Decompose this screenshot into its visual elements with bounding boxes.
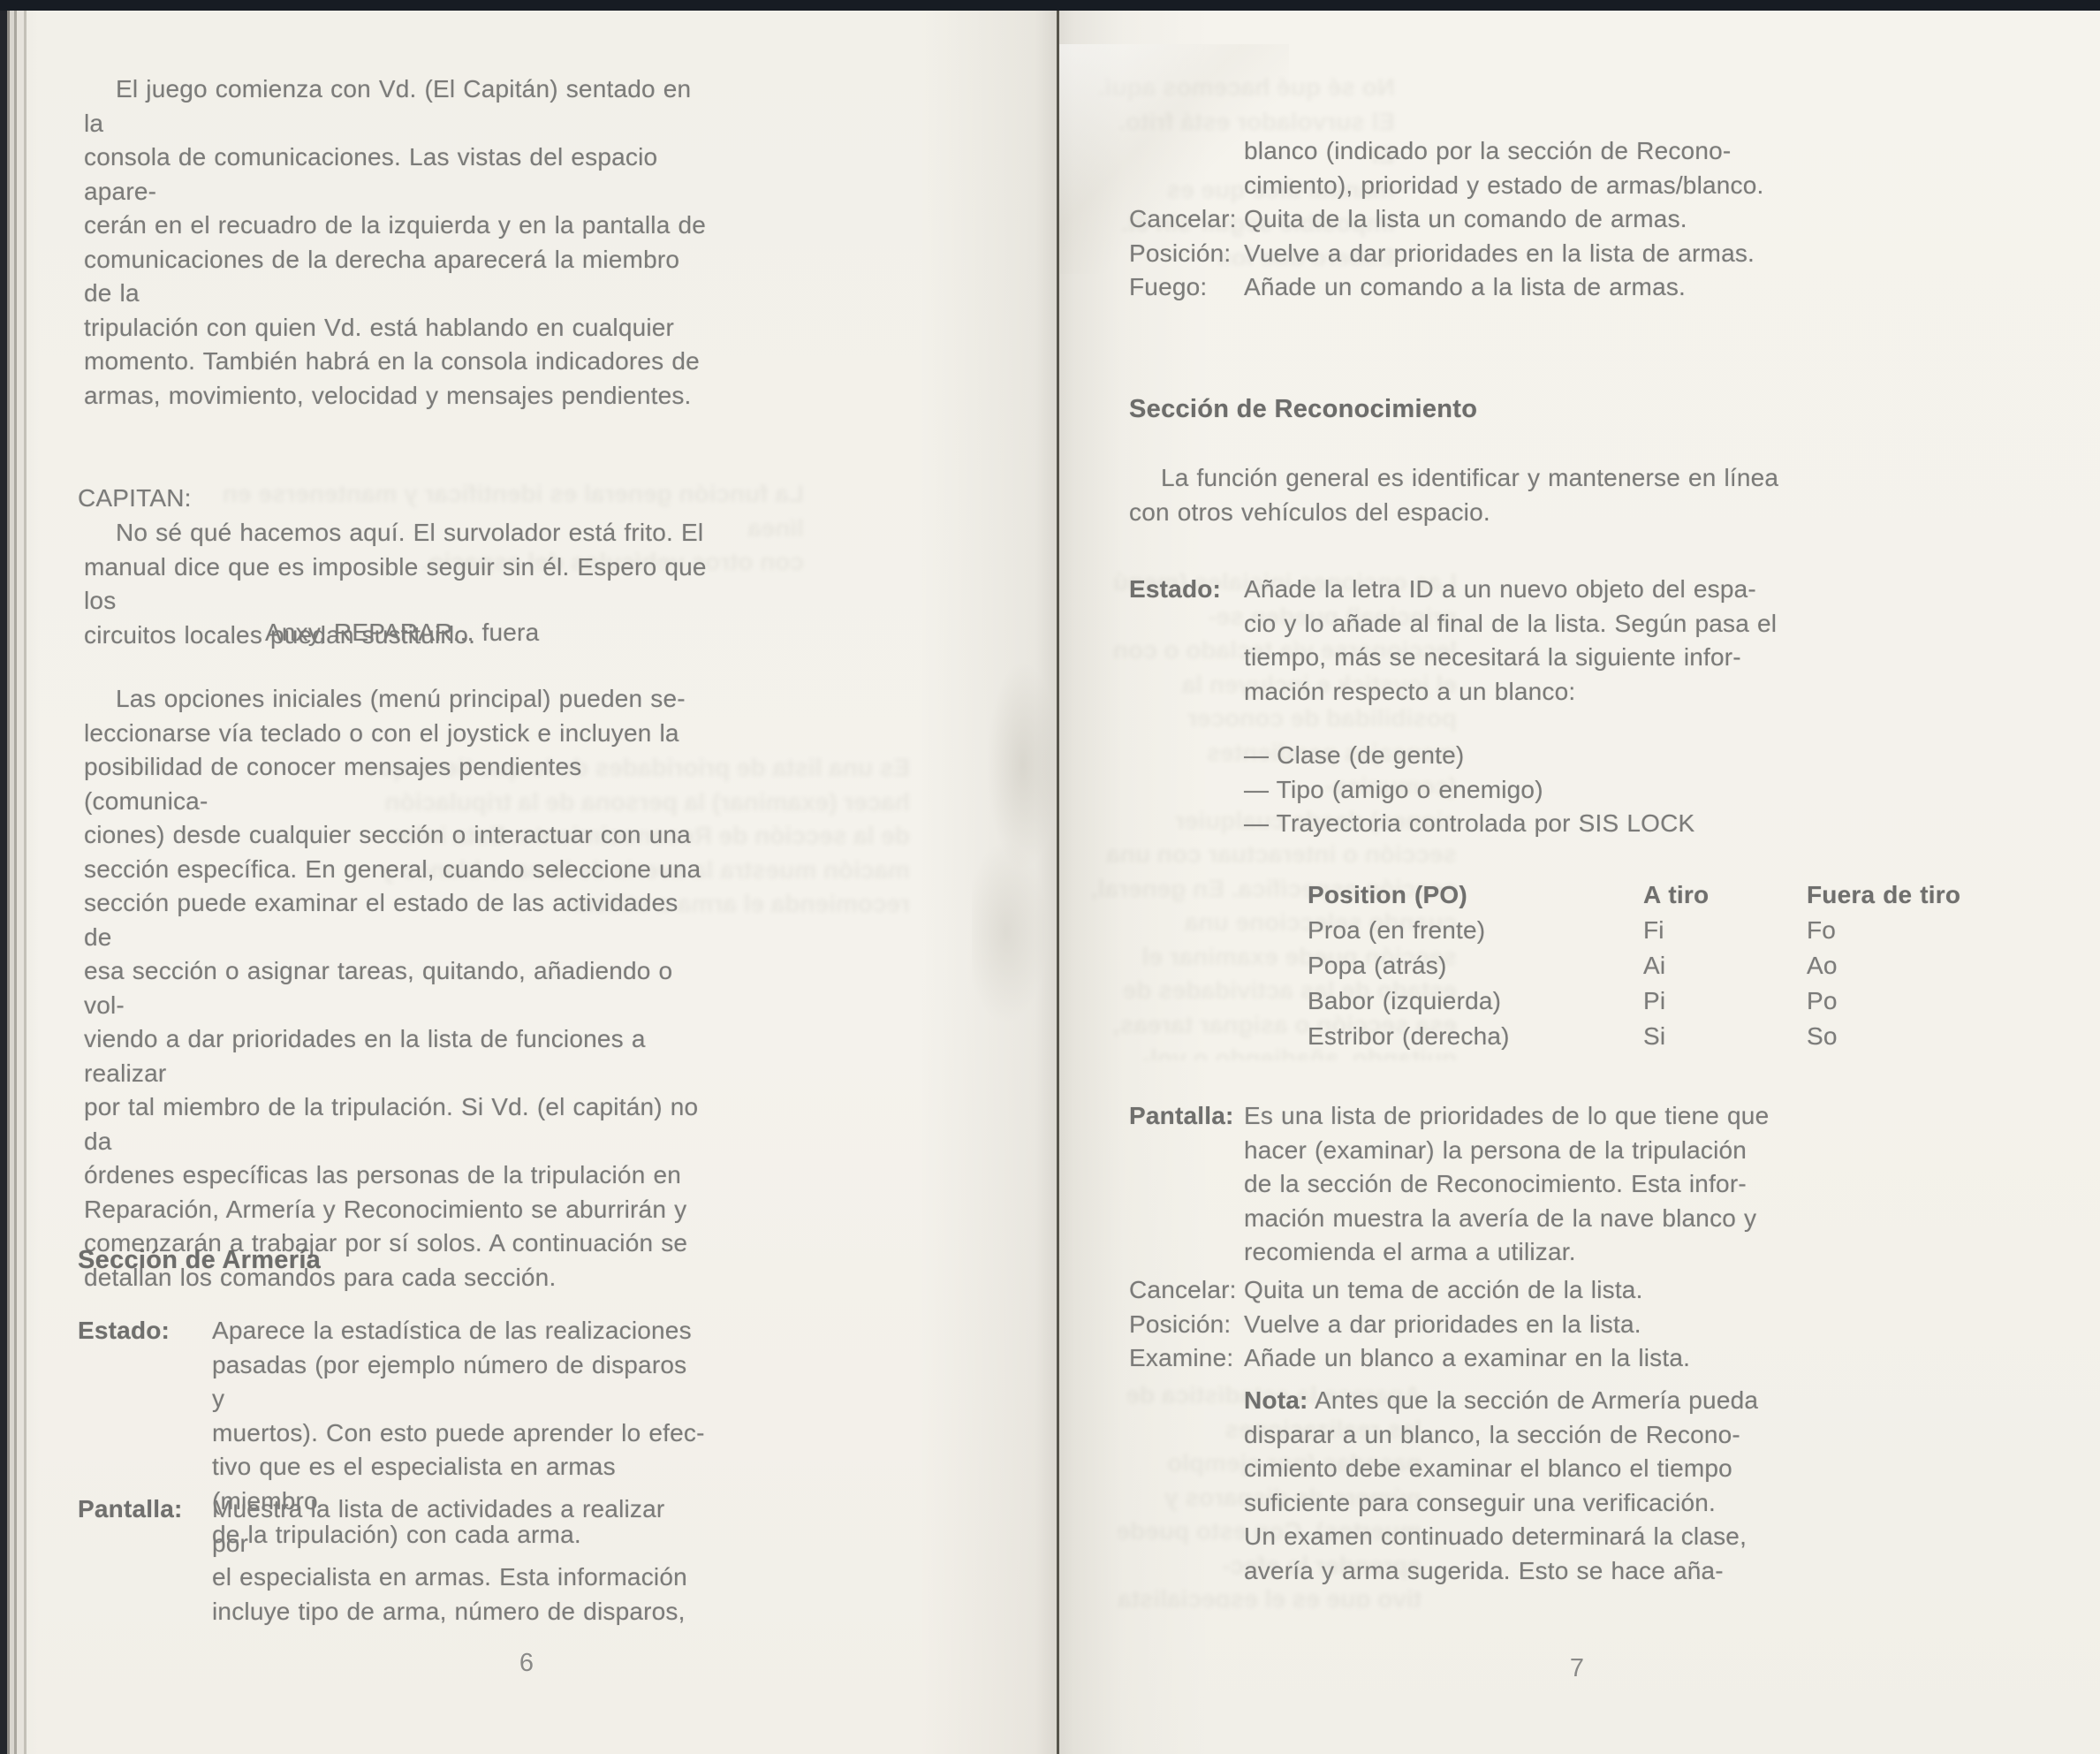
page-number-7: 7 — [1542, 1654, 1612, 1683]
nota-label: Nota: — [1244, 1386, 1308, 1414]
options-paragraph: Las opciones iniciales (menú principal) … — [84, 682, 713, 1295]
pantalla-text: Es una lista de prioridades de lo que ti… — [1244, 1099, 1801, 1270]
table-cell: Ai — [1643, 948, 1807, 983]
page-gutter-shadow — [919, 0, 1210, 1754]
estado-text: Añade la letra ID a un nuevo objeto del … — [1244, 573, 1801, 709]
cancelar-text: Quita de la lista un comando de armas. — [1244, 202, 1801, 237]
armeria-section-heading: Sección de Armería — [78, 1246, 321, 1275]
position-table: Position (PO) A tiro Fuera de tiro Proa … — [1308, 877, 2028, 1054]
scan-top-border — [0, 0, 2100, 11]
table-cell: So — [1807, 1019, 2028, 1054]
nota-paragraph: Nota: Antes que la sección de Armería pu… — [1244, 1384, 1809, 1588]
table-header-fuera-de-tiro: Fuera de tiro — [1807, 877, 2028, 913]
table-cell: Pi — [1643, 983, 1807, 1019]
reconocimiento-intro: La función general es identificar y mant… — [1129, 461, 1862, 529]
nota-text: Antes que la sección de Armería pueda di… — [1244, 1386, 1758, 1584]
table-cell: Proa (en frente) — [1308, 913, 1643, 948]
examine-text: Añade un blanco a examinar en la lista. — [1244, 1341, 1801, 1376]
page-fold-line — [1057, 0, 1059, 1754]
table-cell: Popa (atrás) — [1308, 948, 1643, 983]
armeria-continuation: blanco (indicado por la sección de Recon… — [1244, 134, 1915, 202]
table-cell: Fi — [1643, 913, 1807, 948]
target-info-bullets: — Clase (de gente) — Tipo (amigo o enemi… — [1244, 739, 1694, 841]
pantalla-text: Muestra la lista de actividades a realiz… — [212, 1492, 707, 1629]
posicion-text: Vuelve a dar prioridades en la lista. — [1244, 1308, 1801, 1342]
command-row: Fuego: Añade un comando a la lista de ar… — [1129, 270, 1801, 305]
capitan-signoff: Anxy, REPARAR... fuera — [265, 616, 539, 650]
table-cell: Fo — [1807, 913, 2028, 948]
manual-page-7: No sé qué hacemos aquí. El survolador es… — [1059, 0, 2100, 1754]
booklet-page-edges — [0, 0, 39, 1754]
armeria-command-list: Cancelar: Quita de la lista un comando d… — [1129, 202, 1801, 305]
command-row: Posición: Vuelve a dar prioridades en la… — [1129, 1308, 1801, 1342]
table-header-a-tiro: A tiro — [1643, 877, 1807, 913]
intro-paragraph: El juego comienza con Vd. (El Capitán) s… — [84, 72, 713, 413]
command-row: Posición: Vuelve a dar prioridades en la… — [1129, 237, 1801, 271]
command-row: Cancelar: Quita un tema de acción de la … — [1129, 1273, 1801, 1308]
table-cell: Po — [1807, 983, 2028, 1019]
manual-page-6: La función general es identificar y mant… — [0, 0, 1057, 1754]
command-row: Cancelar: Quita de la lista un comando d… — [1129, 202, 1801, 237]
estado-entry: Estado: Añade la letra ID a un nuevo obj… — [1129, 573, 1801, 709]
pantalla-entry: Pantalla: Muestra la lista de actividade… — [78, 1492, 707, 1629]
table-cell: Ao — [1807, 948, 2028, 983]
capitan-heading: CAPITAN: — [78, 482, 192, 516]
table-cell: Babor (izquierda) — [1308, 983, 1643, 1019]
table-cell: Si — [1643, 1019, 1807, 1054]
table-header-position: Position (PO) — [1308, 877, 1643, 913]
command-row: Examine: Añade un blanco a examinar en l… — [1129, 1341, 1801, 1376]
page-number-6: 6 — [491, 1649, 562, 1678]
pantalla-label: Pantalla: — [78, 1492, 212, 1629]
fuego-text: Añade un comando a la lista de armas. — [1244, 270, 1801, 305]
cancelar-text: Quita un tema de acción de la lista. — [1244, 1273, 1801, 1308]
table-cell: Estribor (derecha) — [1308, 1019, 1643, 1054]
posicion-text: Vuelve a dar prioridades en la lista de … — [1244, 237, 1801, 271]
pantalla-entry: Pantalla: Es una lista de prioridades de… — [1129, 1099, 1801, 1270]
reconocimiento-command-list: Cancelar: Quita un tema de acción de la … — [1129, 1273, 1801, 1376]
